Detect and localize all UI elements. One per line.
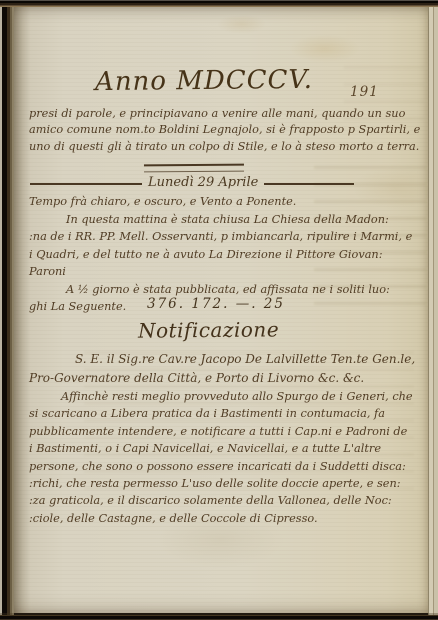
manuscript-line: amico comune nom.to Boldini Legnajolo, s… bbox=[29, 122, 427, 138]
date-rule-left bbox=[30, 183, 142, 185]
manuscript-line: Affinchè resti meglio provveduto allo Sp… bbox=[29, 388, 429, 405]
manuscript-line: i Quadri, e del tutto ne à avuto La Dire… bbox=[29, 246, 429, 264]
manuscript-line: :ciole, delle Castagne, e delle Coccole … bbox=[29, 510, 429, 527]
folio-number: 191 bbox=[350, 84, 379, 100]
manuscript-line: persone, che sono o possono essere incar… bbox=[29, 458, 429, 475]
notification-body: Affinchè resti meglio provveduto allo Sp… bbox=[29, 388, 429, 527]
manuscript-line: pubblicamente intendere, e notificare a … bbox=[29, 423, 429, 440]
manuscript-page: Anno MDCCCV. 191 presi di parole, e prin… bbox=[14, 6, 428, 613]
notification-salutation: S. E. il Sig.re Cav.re Jacopo De Lalvill… bbox=[29, 350, 429, 388]
manuscript-line: Pro-Governatore della Città, e Porto di … bbox=[29, 369, 429, 388]
manuscript-line: uno di questi gli à tirato un colpo di S… bbox=[29, 139, 427, 155]
reference-numbers: 376. 172. —. 25 bbox=[147, 296, 285, 314]
manuscript-line: :na de i RR. PP. Mell. Osservanti, p imb… bbox=[29, 228, 429, 246]
manuscript-line: i Bastimenti, o i Capi Navicellai, e Nav… bbox=[29, 440, 429, 457]
book-top-edge bbox=[0, 0, 438, 7]
opening-paragraph: presi di parole, e principiavano a venir… bbox=[29, 106, 427, 155]
manuscript-photo: Anno MDCCCV. 191 presi di parole, e prin… bbox=[0, 0, 438, 620]
date-heading: Lunedì 29 Aprile bbox=[142, 175, 264, 190]
manuscript-line: si scaricano a Libera pratica da i Basti… bbox=[29, 405, 429, 422]
book-binding-edge bbox=[0, 0, 14, 620]
date-heading-row: Lunedì 29 Aprile bbox=[30, 176, 354, 192]
manuscript-line: :richi, che resta permesso L'uso delle s… bbox=[29, 475, 429, 492]
manuscript-line: S. E. il Sig.re Cav.re Jacopo De Lalvill… bbox=[29, 350, 429, 369]
manuscript-line-text: ghi La Seguente. bbox=[29, 300, 126, 313]
adjacent-page-edge bbox=[428, 0, 438, 620]
manuscript-line: presi di parole, e principiavano a venir… bbox=[29, 106, 427, 122]
diary-entry: Tempo frà chiaro, e oscuro, e Vento a Po… bbox=[29, 193, 429, 316]
book-bottom-edge bbox=[0, 613, 438, 620]
date-rule-right bbox=[264, 183, 354, 185]
year-title: Anno MDCCCV. bbox=[54, 62, 354, 99]
manuscript-line: Paroni bbox=[29, 263, 429, 281]
manuscript-line: :za graticola, e il discarico solamente … bbox=[29, 492, 429, 509]
manuscript-line: In questa mattina è stata chiusa La Chie… bbox=[29, 211, 429, 229]
manuscript-line: Tempo frà chiaro, e oscuro, e Vento a Po… bbox=[29, 193, 429, 211]
entry-separator-rule bbox=[144, 164, 244, 173]
manuscript-line: ghi La Seguente. 376. 172. —. 25 bbox=[29, 298, 429, 316]
notification-heading: Notificazione bbox=[138, 317, 279, 342]
